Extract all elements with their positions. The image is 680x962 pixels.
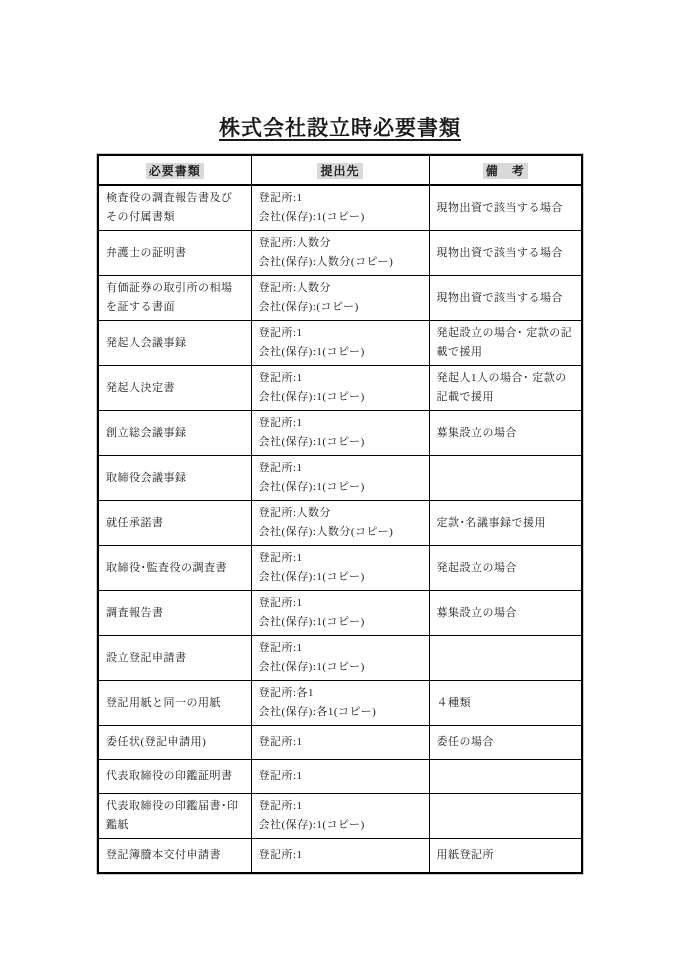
required-documents-table: 必要書類 提出先 備 考 検査役の調査報告書及びその付属書類 登記所:1会社(保… — [97, 154, 583, 874]
submission-cell: 登記所:人数分会社(保存):人数分(コピー) — [251, 231, 429, 276]
submission-cell: 登記所:1会社(保存):1(コピー) — [251, 456, 429, 501]
submission-cell: 登記所:1会社(保存):1(コピー) — [251, 636, 429, 681]
table-row: 検査役の調査報告書及びその付属書類 登記所:1会社(保存):1(コピー) 現物出… — [98, 185, 582, 231]
remark-cell: 委任の場合 — [429, 726, 582, 760]
submission-cell: 登記所:1 — [251, 726, 429, 760]
submission-cell: 登記所:各1会社(保存):各1(コピー) — [251, 681, 429, 726]
table-header-row: 必要書類 提出先 備 考 — [98, 155, 582, 185]
document-name-cell: 代表取締役の印鑑証明書 — [98, 760, 251, 794]
remark-cell: 発起設立の場合 — [429, 546, 582, 591]
table-row: 発起人決定書 登記所:1会社(保存):1(コピー) 発起人1人の場合･ 定款の記… — [98, 366, 582, 411]
remark-cell: ４種類 — [429, 681, 582, 726]
remark-cell: 用紙登記所 — [429, 839, 582, 873]
table-row: 創立総会議事録 登記所:1会社(保存):1(コピー) 募集設立の場合 — [98, 411, 582, 456]
submission-cell: 登記所:人数分会社(保存):人数分(コピー) — [251, 501, 429, 546]
table-row: 取締役会議事録 登記所:1会社(保存):1(コピー) — [98, 456, 582, 501]
document-name-cell: 委任状(登記申請用) — [98, 726, 251, 760]
table-row: 代表取締役の印鑑証明書 登記所:1 — [98, 760, 582, 794]
remark-cell — [429, 794, 582, 839]
document-name-cell: 登記簿謄本交付申請書 — [98, 839, 251, 873]
document-page: 株式会社設立時必要書類 必要書類 提出先 備 考 検査役の調査報告書及びその付属… — [0, 0, 680, 962]
remark-cell — [429, 456, 582, 501]
table-row: 委任状(登記申請用) 登記所:1 委任の場合 — [98, 726, 582, 760]
table-row: 登記用紙と同一の用紙 登記所:各1会社(保存):各1(コピー) ４種類 — [98, 681, 582, 726]
remark-cell: 募集設立の場合 — [429, 411, 582, 456]
submission-cell: 登記所:1会社(保存):1(コピー) — [251, 185, 429, 231]
table-row: 発起人会議事録 登記所:1会社(保存):1(コピー) 発起設立の場合･ 定款の記… — [98, 321, 582, 366]
table-row: 有価証券の取引所の相場を証する書面 登記所:人数分会社(保存):(コピー) 現物… — [98, 276, 582, 321]
table-row: 登記簿謄本交付申請書 登記所:1 用紙登記所 — [98, 839, 582, 873]
document-name-cell: 調査報告書 — [98, 591, 251, 636]
submission-cell: 登記所:1 — [251, 760, 429, 794]
remark-cell: 発起設立の場合･ 定款の記載で援用 — [429, 321, 582, 366]
document-name-cell: 検査役の調査報告書及びその付属書類 — [98, 185, 251, 231]
document-name-cell: 取締役会議事録 — [98, 456, 251, 501]
submission-cell: 登記所:1 — [251, 839, 429, 873]
header-submission-destination: 提出先 — [251, 155, 429, 185]
document-name-cell: 設立登記申請書 — [98, 636, 251, 681]
table-row: 弁護士の証明書 登記所:人数分会社(保存):人数分(コピー) 現物出資で該当する… — [98, 231, 582, 276]
document-name-cell: 取締役･監査役の調査書 — [98, 546, 251, 591]
header-remarks: 備 考 — [429, 155, 582, 185]
table-row: 取締役･監査役の調査書 登記所:1会社(保存):1(コピー) 発起設立の場合 — [98, 546, 582, 591]
remark-cell: 現物出資で該当する場合 — [429, 276, 582, 321]
document-name-cell: 発起人会議事録 — [98, 321, 251, 366]
remark-cell: 募集設立の場合 — [429, 591, 582, 636]
remark-cell: 現物出資で該当する場合 — [429, 185, 582, 231]
remark-cell — [429, 760, 582, 794]
document-name-cell: 発起人決定書 — [98, 366, 251, 411]
page-title: 株式会社設立時必要書類 — [0, 112, 680, 142]
document-name-cell: 代表取締役の印鑑届書･印鑑紙 — [98, 794, 251, 839]
remark-cell — [429, 636, 582, 681]
remark-cell: 発起人1人の場合･ 定款の記載で援用 — [429, 366, 582, 411]
submission-cell: 登記所:1会社(保存):1(コピー) — [251, 794, 429, 839]
submission-cell: 登記所:1会社(保存):1(コピー) — [251, 546, 429, 591]
submission-cell: 登記所:1会社(保存):1(コピー) — [251, 411, 429, 456]
header-required-documents: 必要書類 — [98, 155, 251, 185]
document-name-cell: 就任承諾書 — [98, 501, 251, 546]
document-name-cell: 登記用紙と同一の用紙 — [98, 681, 251, 726]
table-row: 就任承諾書 登記所:人数分会社(保存):人数分(コピー) 定款･名議事録で援用 — [98, 501, 582, 546]
table-row: 設立登記申請書 登記所:1会社(保存):1(コピー) — [98, 636, 582, 681]
submission-cell: 登記所:1会社(保存):1(コピー) — [251, 591, 429, 636]
submission-cell: 登記所:1会社(保存):1(コピー) — [251, 366, 429, 411]
table-row: 調査報告書 登記所:1会社(保存):1(コピー) 募集設立の場合 — [98, 591, 582, 636]
submission-cell: 登記所:人数分会社(保存):(コピー) — [251, 276, 429, 321]
remark-cell: 現物出資で該当する場合 — [429, 231, 582, 276]
document-name-cell: 創立総会議事録 — [98, 411, 251, 456]
remark-cell: 定款･名議事録で援用 — [429, 501, 582, 546]
document-name-cell: 弁護士の証明書 — [98, 231, 251, 276]
document-name-cell: 有価証券の取引所の相場を証する書面 — [98, 276, 251, 321]
table-row: 代表取締役の印鑑届書･印鑑紙 登記所:1会社(保存):1(コピー) — [98, 794, 582, 839]
submission-cell: 登記所:1会社(保存):1(コピー) — [251, 321, 429, 366]
